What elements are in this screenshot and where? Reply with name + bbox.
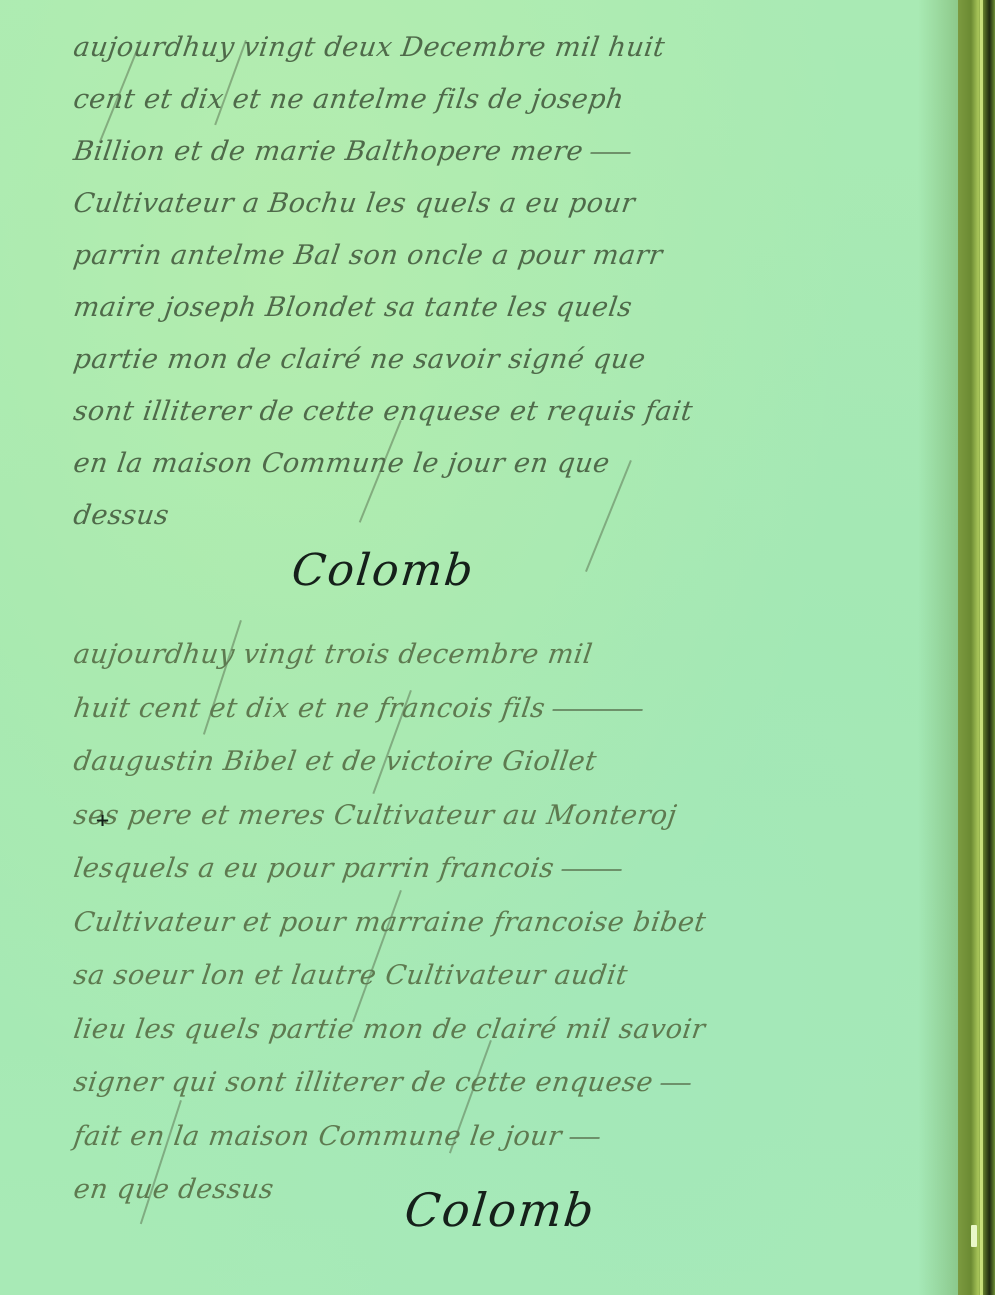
entry-2-line-10: fait en la maison Commune le jour bbox=[70, 1110, 948, 1164]
entry-2-line-7: sa soeur lon et lautre Cultivateur audit bbox=[70, 949, 948, 1003]
entry-1-line-1: aujourdhuy vingt deux Decembre mil huit bbox=[70, 22, 947, 74]
entry-1-line-9: en la maison Commune le jour en que bbox=[70, 438, 947, 490]
binding-tab bbox=[971, 1225, 977, 1247]
entry-1-line-4: Cultivateur a Bochu les quels a eu pour bbox=[70, 178, 947, 230]
entry-2-line-8: lieu les quels partie mon de clairé mil … bbox=[70, 1003, 948, 1057]
entry-1-line-8: sont illiterer de cette enquese et requi… bbox=[70, 386, 947, 438]
entry-2-line-4: ses pere et meres Cultivateur au Montero… bbox=[70, 789, 948, 843]
book-binding bbox=[958, 0, 995, 1295]
margin-cross-mark: + bbox=[95, 810, 110, 831]
entry-1-line-3: Billion et de marie Balthopere mere bbox=[70, 126, 947, 178]
entry-2-line-3: daugustin Bibel et de victoire Giollet bbox=[70, 735, 948, 789]
entry-2-line-6: Cultivateur et pour marraine francoise b… bbox=[70, 896, 948, 950]
entry-2-line-2: huit cent et dix et ne francois fils bbox=[70, 682, 948, 736]
baptism-entry-1: aujourdhuy vingt deux Decembre mil huit … bbox=[70, 22, 940, 542]
entry-1-line-6: maire joseph Blondet sa tante les quels bbox=[70, 282, 947, 334]
binding-edge bbox=[980, 0, 983, 1295]
entry-2-line-5: lesquels a eu pour parrin francois bbox=[70, 842, 948, 896]
register-page: aujourdhuy vingt deux Decembre mil huit … bbox=[0, 0, 958, 1295]
entry-1-line-10: dessus bbox=[70, 490, 947, 542]
entry-1-line-7: partie mon de clairé ne savoir signé que bbox=[70, 334, 947, 386]
entry-1-line-2: cent et dix et ne antelme fils de joseph bbox=[70, 74, 947, 126]
entry-2-line-9: signer qui sont illiterer de cette enque… bbox=[70, 1056, 948, 1110]
entry-2-line-1: aujourdhuy vingt trois decembre mil bbox=[70, 628, 948, 682]
signature-colomb-2: Colomb bbox=[402, 1183, 598, 1237]
signature-colomb-1: Colomb bbox=[289, 545, 477, 596]
baptism-entry-2: aujourdhuy vingt trois decembre mil huit… bbox=[70, 628, 940, 1217]
entry-1-line-5: parrin antelme Bal son oncle a pour marr bbox=[70, 230, 947, 282]
